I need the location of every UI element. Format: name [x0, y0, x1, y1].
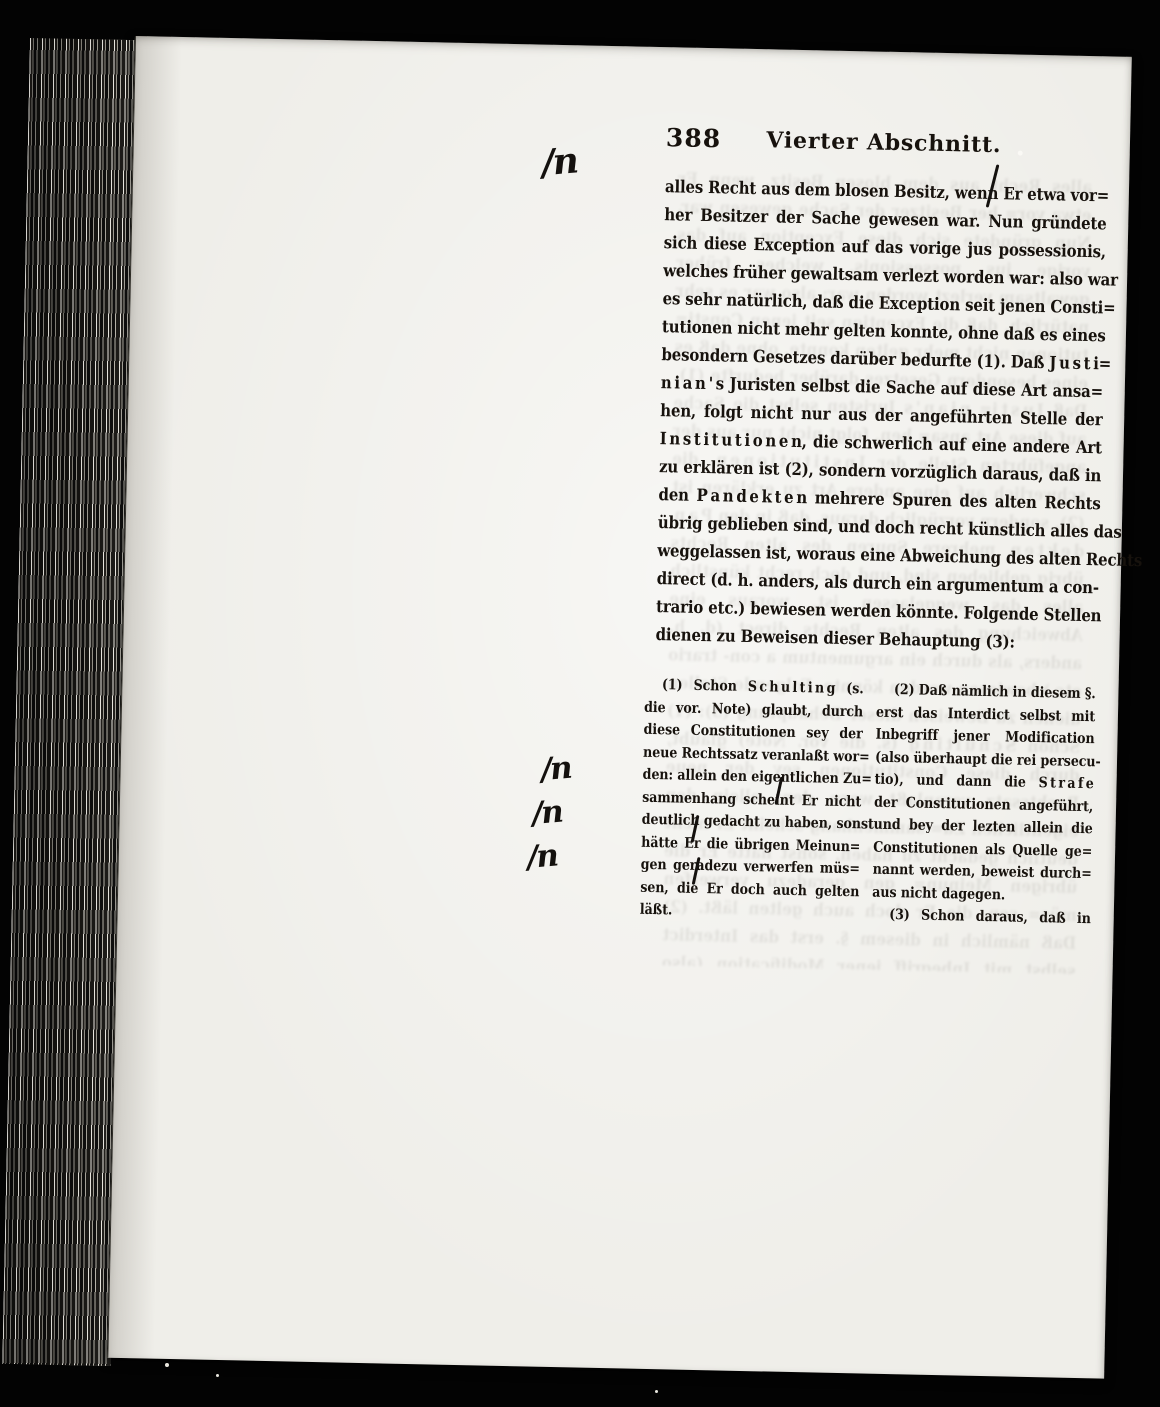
- dust-speck: [655, 1390, 658, 1393]
- footnote-line: (3) Schon daraus, daß in: [872, 904, 1092, 931]
- margin-annotation: /n: [525, 838, 558, 876]
- footnote-column-left: (1) Schon S c h u l t i n g (s. die vor.…: [640, 674, 869, 926]
- page-header: 388 Vierter Abschnitt.: [654, 123, 1115, 167]
- footnotes: (1) Schon S c h u l t i n g (s. die vor.…: [640, 674, 1160, 932]
- footnote-line: läßt.: [640, 899, 860, 926]
- book-page: alles Recht aus dem blosen Besitz, wenn …: [107, 36, 1131, 1379]
- footnote-line: sen, die Er doch auch gelten: [640, 876, 860, 903]
- running-header: Vierter Abschnitt.: [654, 125, 1114, 161]
- dust-speck: [216, 1374, 219, 1377]
- dust-speck: [165, 1363, 169, 1367]
- footnote-column-right: (2) Daß nämlich in diesem §. erst das In…: [872, 679, 1101, 931]
- margin-annotation: /n: [540, 140, 579, 185]
- margin-annotation: /n: [530, 794, 563, 832]
- margin-annotation: /n: [539, 750, 572, 788]
- main-text: alles Recht aus dem blosen Besitz, wenn …: [655, 173, 1160, 660]
